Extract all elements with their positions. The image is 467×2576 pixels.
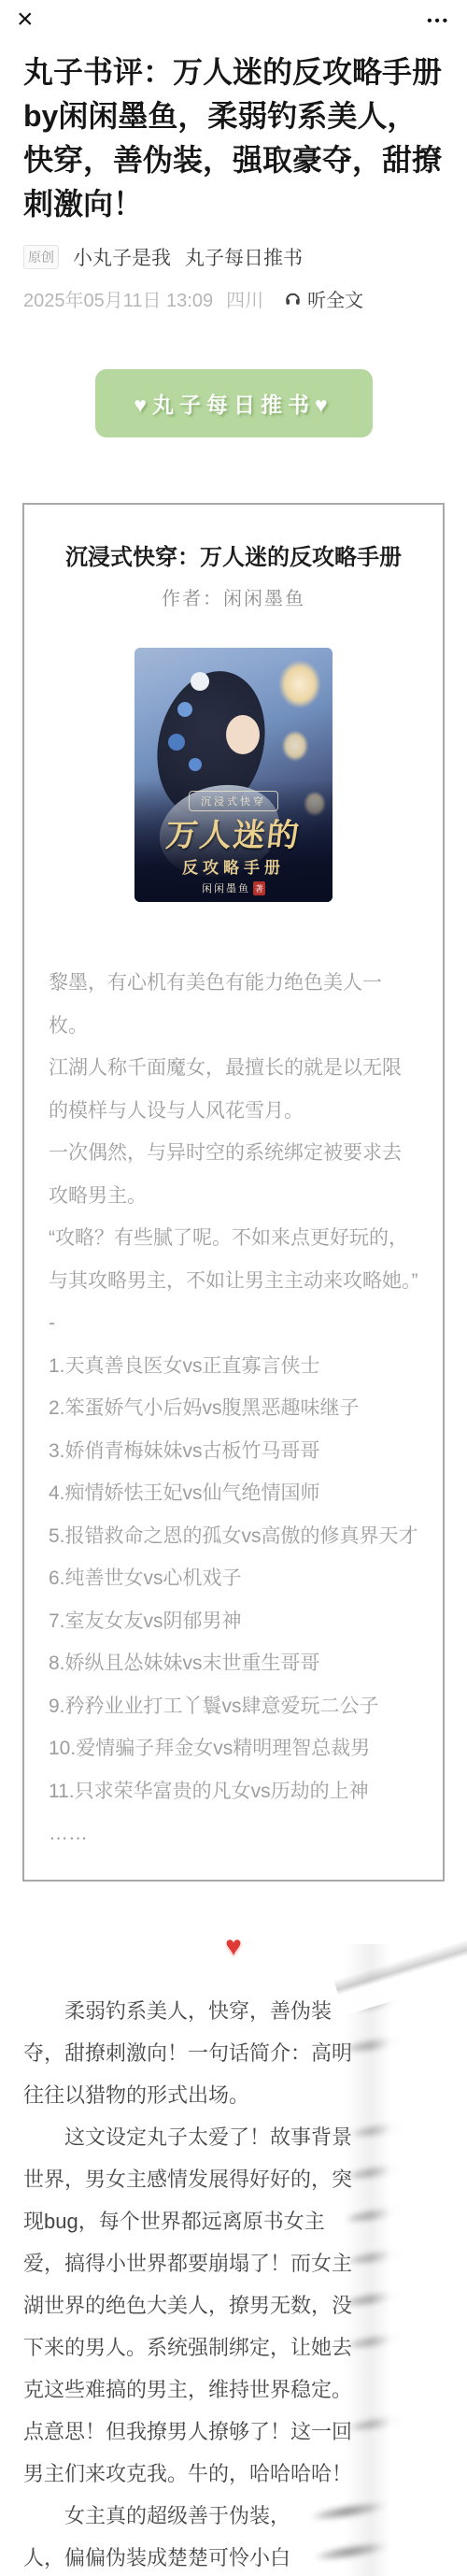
- intro-line: 10.爱情骗子拜金女vs精明理智总裁男: [49, 1727, 418, 1770]
- review-line: 这文设定丸子太爱了！故事背景: [23, 2116, 467, 2158]
- cover-author-name: 闲闲墨鱼: [202, 880, 250, 895]
- review-line: 男主们来攻克我。牛的，哈哈哈哈！: [23, 2453, 467, 2495]
- intro-line: 9.矜矜业业打工丫鬟vs肆意爱玩二公子: [49, 1685, 418, 1728]
- listen-button[interactable]: 听全文: [284, 285, 363, 312]
- intro-line: 11.只求荣华富贵的凡女vs历劫的上神: [49, 1770, 418, 1813]
- intro-line: 6.纯善世女vs心机戏子: [49, 1557, 418, 1600]
- intro-line: 2.笨蛋娇气小后妈vs腹黑恶趣味继子: [49, 1387, 418, 1430]
- intro-line: 4.痴情娇怯王妃vs仙气绝情国师: [49, 1472, 418, 1515]
- intro-line: 江湖人称千面魔女，最擅长的就是以无限的模样与人设与人风花雪月。: [49, 1047, 418, 1132]
- book-cover-image: 沉浸式快穿 万人迷的 反攻略手册 闲闲墨鱼 著: [134, 648, 333, 902]
- intro-line: ……: [49, 1812, 418, 1855]
- intro-line: 7.室友女友vs阴郁男神: [49, 1600, 418, 1643]
- article-screen: × ••• 丸子书评：万人迷的反攻略手册by闲闲墨鱼，柔弱钓系美人，快穿，善伪装…: [0, 0, 467, 2576]
- banner-text: ♥丸子每日推书♥: [134, 388, 333, 419]
- review-line: 克这些难搞的男主，维持世界稳定。: [23, 2368, 467, 2411]
- article-title: 丸子书评：万人迷的反攻略手册by闲闲墨鱼，柔弱钓系美人，快穿，善伪装，强取豪夺，…: [23, 50, 444, 226]
- cover-title-top: 万人迷的: [163, 809, 303, 855]
- heart-divider-icon: ♥: [0, 1930, 467, 1964]
- review-line: 女主真的超级善于伪装，: [23, 2495, 467, 2537]
- intro-line: 3.娇俏青梅妹妹vs古板竹马哥哥: [49, 1430, 418, 1473]
- review-line: 往往以猎物的形式出场。: [23, 2074, 467, 2116]
- intro-line: 黎墨，有心机有美色有能力绝色美人一枚。: [49, 962, 418, 1047]
- review-line: 湖世界的绝色大美人，撩男无数，没: [23, 2284, 467, 2326]
- intro-line: “攻略？有些腻了呢。不如来点更好玩的，与其攻略男主，不如让男主主动来攻略她。”: [49, 1217, 418, 1302]
- intro-line: 5.报错救命之恩的孤女vs高傲的修真界天才: [49, 1515, 418, 1558]
- cover-author: 闲闲墨鱼 著: [202, 880, 265, 895]
- book-author-line: 作者：闲闲墨鱼: [49, 583, 418, 610]
- review-text: 柔弱钓系美人，快穿，善伪装夺，甜撩刺激向！一句话简介：高明往往以猎物的形式出场。…: [23, 1990, 467, 2576]
- more-menu-icon[interactable]: •••: [427, 11, 450, 29]
- review-line: 爱，搞得小世界都要崩塌了！而女主: [23, 2242, 467, 2284]
- review-line: 人，偏偏伪装成楚楚可怜小白: [23, 2537, 467, 2576]
- intro-line: 一次偶然，与异时空的系统绑定被要求去攻略男主。: [49, 1132, 418, 1217]
- close-icon[interactable]: ×: [17, 6, 34, 34]
- intro-line: 8.娇纵且怂妹妹vs末世重生哥哥: [49, 1642, 418, 1685]
- top-bar: × •••: [0, 0, 467, 39]
- book-title: 沉浸式快穿：万人迷的反攻略手册: [49, 542, 418, 574]
- review-line: 现bug，每个世界都远离原书女主: [23, 2200, 467, 2242]
- tag-link[interactable]: 丸子每日推书: [185, 243, 303, 271]
- book-card: 沉浸式快穿：万人迷的反攻略手册 作者：闲闲墨鱼 沉浸式快穿 万人迷的 反攻略手册…: [22, 503, 445, 1882]
- intro-line: -: [49, 1302, 418, 1345]
- tag-links: 小丸子是我丸子每日推书: [73, 243, 303, 271]
- cover-title-bottom: 反攻略手册: [182, 854, 285, 878]
- daily-push-banner: ♥丸子每日推书♥: [95, 369, 373, 437]
- meta-row: 2025年05月11日 13:09 四川 听全文: [23, 285, 444, 312]
- intro-line: 1.天真善良医女vs正直寡言侠士: [49, 1345, 418, 1388]
- review-line: 下来的男人。系统强制绑定，让她去: [23, 2326, 467, 2368]
- review-line: 柔弱钓系美人，快穿，善伪装: [23, 1990, 467, 2032]
- cover-tagline: 沉浸式快穿: [189, 791, 278, 811]
- headphone-icon: [284, 290, 302, 308]
- review-line: 夺，甜撩刺激向！一句话简介：高明: [23, 2032, 467, 2074]
- review-line: 点意思！但我撩男人撩够了！这一回: [23, 2411, 467, 2453]
- review-line: 世界，男女主感情发展得好好的，突: [23, 2158, 467, 2200]
- tag-link[interactable]: 小丸子是我: [73, 243, 171, 271]
- book-intro-text: 黎墨，有心机有美色有能力绝色美人一枚。江湖人称千面魔女，最擅长的就是以无限的模样…: [49, 962, 418, 1855]
- tag-row: 原创 小丸子是我丸子每日推书: [23, 243, 444, 271]
- publish-location: 四川: [226, 285, 263, 312]
- cover-author-seal: 著: [253, 881, 265, 895]
- original-badge: 原创: [23, 245, 59, 269]
- listen-label: 听全文: [307, 285, 363, 312]
- publish-date: 2025年05月11日 13:09: [23, 285, 213, 312]
